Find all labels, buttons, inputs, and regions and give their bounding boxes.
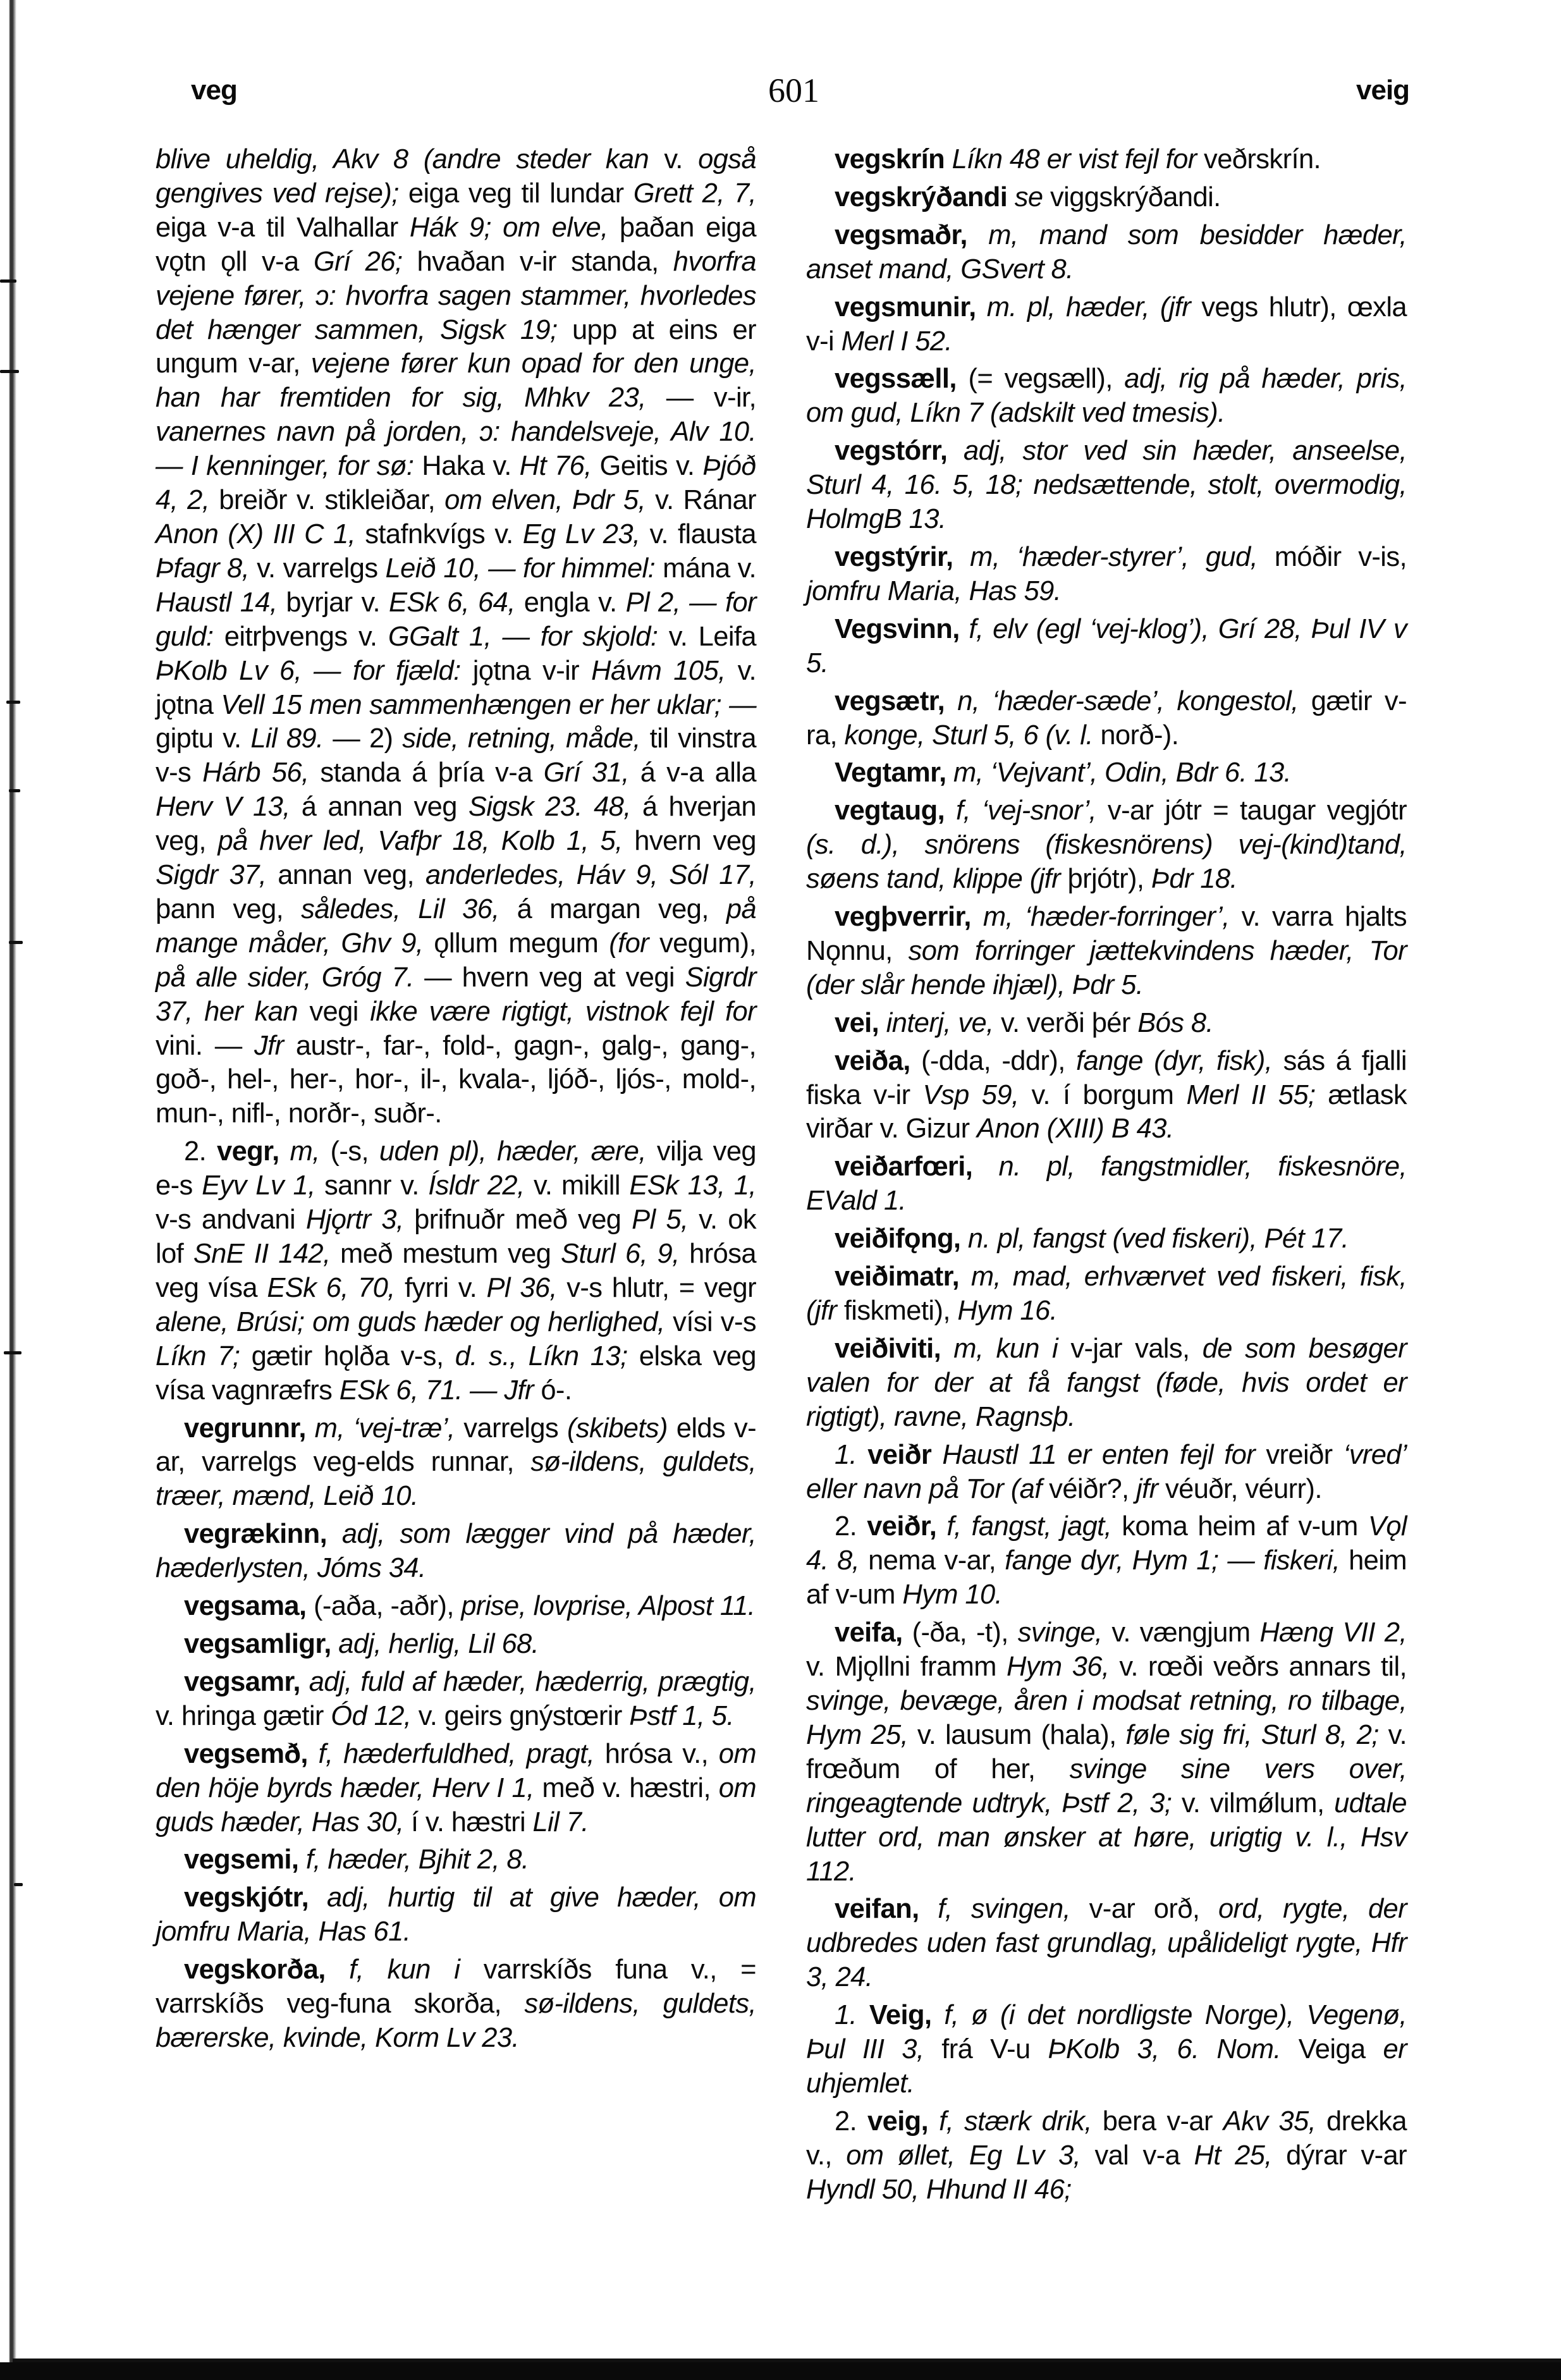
citation-text: byrjar v. bbox=[286, 587, 389, 618]
dictionary-entry: vegskorða, f, kun i varrskíðs funa v., =… bbox=[156, 1953, 756, 2056]
headword: vegsmaðr, bbox=[835, 220, 988, 250]
italic-gloss: Hæng VII 2, bbox=[1259, 1617, 1407, 1648]
dictionary-entry: vegrunnr, m, ‘vej-træ’, varrelgs (skibet… bbox=[156, 1412, 756, 1514]
italic-gloss: Sturl 6, 9, bbox=[561, 1239, 689, 1269]
citation-text: bera v-ar bbox=[1103, 2106, 1223, 2137]
dictionary-entry: veifan, f, svingen, v-ar orð, ord, rygte… bbox=[806, 1892, 1407, 1995]
citation-text: gætir hǫlða v-s, bbox=[252, 1341, 455, 1371]
italic-gloss: således, Lil 36, bbox=[301, 894, 517, 924]
italic-gloss: Vell 15 men sammenhængen er her uklar; — bbox=[221, 690, 756, 720]
italic-gloss: m, ‘hæder-styrer’, gud, bbox=[970, 542, 1275, 572]
headword: vei, bbox=[835, 1008, 886, 1038]
citation-text: eiga veg til lundar bbox=[408, 178, 634, 209]
dictionary-entry: vegsemi, f, hæder, Bjhit 2, 8. bbox=[156, 1843, 756, 1877]
citation-text: Geitis v. bbox=[599, 451, 702, 481]
citation-text: vreiðr bbox=[1266, 1440, 1343, 1470]
italic-gloss: om øllet, Eg Lv 3, bbox=[846, 2140, 1094, 2171]
dictionary-entry: vegsemð, f, hæderfuldhed, pragt, hrósa v… bbox=[156, 1738, 756, 1840]
italic-gloss: fange dyr, Hym 1; — fiskeri, bbox=[1005, 1545, 1349, 1576]
italic-gloss: m, ‘Vejvant’, Odin, Bdr 6. 13. bbox=[953, 758, 1291, 788]
italic-gloss: Ód 12, bbox=[331, 1701, 418, 1731]
citation-text: með mestum veg bbox=[340, 1239, 561, 1269]
italic-gloss: m, bbox=[290, 1136, 331, 1167]
scan-binding-edge bbox=[0, 0, 25, 2380]
citation-text: (= vegsæll), bbox=[968, 364, 1124, 394]
citation-text: breiðr v. stikleiðar, bbox=[219, 485, 444, 515]
italic-gloss: Þdr 18. bbox=[1151, 864, 1237, 894]
italic-gloss: Hym 10. bbox=[902, 1580, 1002, 1610]
scan-bottom-edge bbox=[0, 2362, 1561, 2380]
headword: veiðarfœri, bbox=[835, 1151, 998, 1182]
scan-mark bbox=[6, 701, 20, 704]
citation-text: v. verði þér bbox=[1001, 1008, 1137, 1038]
italic-gloss: 1. bbox=[835, 2000, 869, 2030]
citation-text: ǫllum megum bbox=[434, 928, 609, 959]
italic-gloss: ESk 13, 1, bbox=[629, 1170, 756, 1201]
italic-gloss: Hávm 105, bbox=[591, 656, 738, 686]
headword: Veig, bbox=[869, 2000, 944, 2030]
citation-text: sannr v. bbox=[324, 1170, 428, 1201]
dictionary-entry: vei, interj, ve, v. verði þér Bós 8. bbox=[806, 1007, 1407, 1041]
italic-gloss: f, hæder, Bjhit 2, 8. bbox=[306, 1844, 529, 1875]
citation-text: varrelgs bbox=[463, 1413, 567, 1444]
dictionary-entry: 2. veig, f, stærk drik, bera v-ar Akv 35… bbox=[806, 2105, 1407, 2207]
italic-gloss: svinge, bbox=[1018, 1617, 1112, 1648]
italic-gloss: konge, Sturl 5, 6 (v. l. bbox=[844, 720, 1100, 751]
italic-gloss: Lil 89. bbox=[250, 723, 333, 754]
citation-text: dýrar v-ar bbox=[1286, 2140, 1407, 2171]
dictionary-entry: vegsama, (-aða, -aðr), prise, lovprise, … bbox=[156, 1590, 756, 1624]
headword: veifan, bbox=[835, 1894, 938, 1924]
italic-gloss: jfr bbox=[1136, 1474, 1165, 1504]
scan-mark bbox=[4, 1351, 21, 1354]
headword: vegsamligr, bbox=[184, 1629, 338, 1659]
italic-gloss: n. pl, fangst (ved fiskeri), Pét 17. bbox=[968, 1224, 1349, 1254]
citation-text: þann veg, bbox=[156, 894, 301, 924]
headword: vegrunnr, bbox=[184, 1413, 315, 1444]
italic-gloss: Anon (XIII) B 43. bbox=[977, 1113, 1173, 1144]
italic-gloss: ÞKolb 3, 6. Nom. bbox=[1048, 2034, 1298, 2064]
citation-text: koma heim af v-um bbox=[1122, 1511, 1368, 1542]
citation-text: stafnkvígs v. bbox=[365, 519, 522, 549]
dictionary-entry: veiðarfœri, n. pl, fangstmidler, fiskesn… bbox=[806, 1150, 1407, 1218]
citation-text: jǫtna v-ir bbox=[473, 656, 591, 686]
italic-gloss: Jfr bbox=[254, 1031, 296, 1061]
italic-gloss: Ht 25, bbox=[1194, 2140, 1286, 2171]
italic-gloss: Pl 36, bbox=[486, 1273, 566, 1303]
citation-text: véiðr?, bbox=[1049, 1474, 1136, 1504]
italic-gloss: Líkn 48 er vist fejl for bbox=[952, 144, 1204, 175]
italic-gloss: ESk 6, 71. — Jfr bbox=[340, 1375, 541, 1406]
dictionary-entry: vegsamligr, adj, herlig, Lil 68. bbox=[156, 1628, 756, 1662]
citation-text: v. Leifa bbox=[669, 622, 756, 652]
citation-text: með v. hæstri, bbox=[542, 1773, 718, 1803]
italic-gloss: ESk 6, 64, bbox=[389, 587, 524, 618]
dictionary-entry: vegþverrir, m, ‘hæder-forringer’, v. var… bbox=[806, 900, 1407, 1003]
italic-gloss: Eg Lv 23, bbox=[523, 519, 650, 549]
citation-text: fiskmeti), bbox=[844, 1296, 958, 1326]
italic-gloss: blive uheldig, Akv 8 (andre steder kan bbox=[156, 144, 664, 175]
headword: vegsætr, bbox=[835, 686, 957, 716]
italic-gloss: Herv V 13, bbox=[156, 792, 302, 822]
dictionary-entry: 2. vegr, m, (-s, uden pl), hæder, ære, v… bbox=[156, 1135, 756, 1408]
dictionary-entry: Vegtamr, m, ‘Vejvant’, Odin, Bdr 6. 13. bbox=[806, 756, 1407, 790]
italic-gloss: SnE II 142, bbox=[193, 1239, 340, 1269]
italic-gloss: på hver led, Vafþr 18, Kolb 1, 5, bbox=[217, 826, 634, 856]
headword: veiðr bbox=[867, 1440, 942, 1470]
dictionary-entry: vegsætr, n, ‘hæder-sæde’, kongestol, gæt… bbox=[806, 685, 1407, 753]
italic-gloss: Hjǫrtr 3, bbox=[306, 1205, 414, 1235]
dictionary-entry: vegtaug, f, ‘vej-snor’, v-ar jótr = taug… bbox=[806, 794, 1407, 897]
italic-gloss: GGalt 1, — for skjold: bbox=[388, 622, 669, 652]
dictionary-entry: 2. veiðr, f, fangst, jagt, koma heim af … bbox=[806, 1510, 1407, 1612]
citation-text: giptu v. bbox=[156, 723, 250, 754]
citation-text: engla v. bbox=[524, 587, 626, 618]
citation-text: hrósa v., bbox=[605, 1739, 719, 1769]
citation-text: hvaðan v-ir standa, bbox=[417, 247, 673, 277]
dictionary-entry: vegstýrir, m, ‘hæder-styrer’, gud, móðir… bbox=[806, 541, 1407, 609]
headword: vegskorða, bbox=[184, 1954, 349, 1985]
headword: vegstórr, bbox=[835, 436, 964, 466]
italic-gloss: Haustl 11 er enten fejl for bbox=[942, 1440, 1266, 1470]
italic-gloss: Þstf 1, 5. bbox=[629, 1701, 734, 1731]
headword: veig, bbox=[867, 2106, 939, 2137]
headword: veiða, bbox=[835, 1046, 921, 1076]
citation-text: þrjótr), bbox=[1068, 864, 1151, 894]
headword: vegskrín bbox=[835, 144, 952, 175]
citation-text: í v. hæstri bbox=[411, 1807, 533, 1837]
italic-gloss: n, ‘hæder-sæde’, kongestol, bbox=[957, 686, 1311, 716]
citation-text: — 2) bbox=[333, 723, 402, 754]
citation-text: vegi bbox=[309, 997, 370, 1027]
italic-gloss: om elven, Þdr 5, bbox=[444, 485, 655, 515]
italic-gloss: 1. bbox=[835, 1440, 867, 1470]
citation-text: á v-a alla bbox=[640, 758, 756, 788]
italic-gloss: Þfagr 8, bbox=[156, 553, 257, 584]
italic-gloss: m, ‘hæder-forringer’, bbox=[983, 902, 1242, 932]
citation-text: v-s hlutr, = vegr bbox=[566, 1273, 756, 1303]
italic-gloss: adj, fuld af hæder, hæderrig, prægtig, bbox=[309, 1667, 756, 1697]
italic-gloss: adj, herlig, Lil 68. bbox=[338, 1629, 539, 1659]
citation-text: val v-a bbox=[1094, 2140, 1194, 2171]
headword: veiðr, bbox=[867, 1511, 946, 1542]
italic-gloss: prise, lovprise, Alpost 11. bbox=[461, 1591, 755, 1621]
citation-text: v. í borgum bbox=[1032, 1080, 1187, 1110]
dictionary-entry: vegsmaðr, m, mand som besidder hæder, an… bbox=[806, 219, 1407, 287]
citation-text: vini. — bbox=[156, 1031, 254, 1061]
italic-gloss: f, kun i bbox=[349, 1954, 484, 1985]
running-head-right: veig bbox=[1356, 75, 1409, 106]
italic-gloss: d. s., Líkn 13; bbox=[455, 1341, 639, 1371]
italic-gloss: Hym 36, bbox=[1007, 1652, 1119, 1682]
italic-gloss: Lil 7. bbox=[533, 1807, 589, 1837]
citation-text: standa á þría v-a bbox=[320, 758, 543, 788]
headword: Vegsvinn, bbox=[835, 614, 969, 644]
scan-mark bbox=[14, 1883, 23, 1886]
headword: Vegtamr, bbox=[835, 758, 953, 788]
italic-gloss: f, ‘vej-snor’, bbox=[956, 795, 1108, 826]
citation-text: v-ar orð, bbox=[1089, 1894, 1218, 1924]
italic-gloss: side, retning, måde, bbox=[402, 723, 649, 754]
citation-text: nema v-ar, bbox=[868, 1545, 1005, 1576]
dictionary-entry: veiða, (-dda, -ddr), fange (dyr, fisk), … bbox=[806, 1045, 1407, 1147]
column-right: vegskrín Líkn 48 er vist fejl for veðrsk… bbox=[806, 143, 1407, 2211]
citation-text: véuðr, véurr). bbox=[1165, 1474, 1322, 1504]
citation-text: v. rœði veðrs annars til, bbox=[1119, 1652, 1407, 1682]
dictionary-entry: vegstórr, adj, stor ved sin hæder, ansee… bbox=[806, 434, 1407, 537]
headword: vegsmunir, bbox=[835, 292, 987, 322]
italic-gloss: Bós 8. bbox=[1137, 1008, 1213, 1038]
dictionary-entry: veiðiviti, m, kun i v-jar vals, de som b… bbox=[806, 1332, 1407, 1435]
italic-gloss: på alle sider, Gróg 7. bbox=[156, 962, 424, 993]
headword: vegrækinn, bbox=[184, 1519, 342, 1549]
citation-text: — hvern veg at vegi bbox=[424, 962, 685, 993]
citation-text: fyrri v. bbox=[405, 1273, 486, 1303]
italic-gloss: Ht 76, bbox=[520, 451, 600, 481]
dictionary-entry: 1. veiðr Haustl 11 er enten fejl for vre… bbox=[806, 1438, 1407, 1507]
dictionary-entry: vegsamr, adj, fuld af hæder, hæderrig, p… bbox=[156, 1665, 756, 1734]
italic-gloss: m, ‘vej-træ’, bbox=[315, 1413, 464, 1444]
headword: vegskrýðandi bbox=[835, 182, 1015, 212]
citation-text: (-aða, -aðr), bbox=[314, 1591, 461, 1621]
italic-gloss: Líkn 7; bbox=[156, 1341, 252, 1371]
italic-gloss: Hym 16. bbox=[957, 1296, 1057, 1326]
italic-gloss: Ísldr 22, bbox=[428, 1170, 534, 1201]
headword: veiðimatr, bbox=[835, 1261, 971, 1292]
citation-text: v. Ránar bbox=[655, 485, 756, 515]
citation-text: mána v. bbox=[663, 553, 756, 584]
scan-mark bbox=[0, 279, 16, 283]
italic-gloss: alene, Brúsi; om guds hæder og herlighed… bbox=[156, 1307, 673, 1337]
citation-text: 2. bbox=[835, 2106, 867, 2137]
citation-text: v. lausum (hala), bbox=[917, 1720, 1126, 1750]
headword: veiðiviti, bbox=[835, 1334, 953, 1364]
scan-mark bbox=[9, 941, 23, 944]
citation-text: frá V-u bbox=[941, 2034, 1048, 2064]
citation-text: viggskrýðandi. bbox=[1050, 182, 1221, 212]
italic-gloss: Sigsk 23. 48, bbox=[468, 792, 642, 822]
citation-text: Haka v. bbox=[422, 451, 519, 481]
citation-text: v-ar jótr = taugar vegjótr bbox=[1108, 795, 1407, 826]
citation-text: norð-). bbox=[1100, 720, 1178, 751]
italic-gloss: f, stærk drik, bbox=[939, 2106, 1103, 2137]
citation-text: v. vilmǿlum, bbox=[1182, 1788, 1334, 1819]
citation-text: annan veg, bbox=[278, 860, 425, 890]
italic-gloss: (for bbox=[609, 928, 659, 959]
citation-text: v. flausta bbox=[650, 519, 756, 549]
scan-mark bbox=[0, 370, 19, 373]
scan-mark bbox=[9, 789, 20, 792]
italic-gloss: Grí 26; bbox=[314, 247, 417, 277]
headword: vegtaug, bbox=[835, 795, 956, 826]
headword: vegsemi, bbox=[184, 1844, 306, 1875]
italic-gloss: føle sig fri, Sturl 8, 2; bbox=[1125, 1720, 1388, 1750]
italic-gloss: fange (dyr, fisk), bbox=[1076, 1046, 1283, 1076]
citation-text: hvern veg bbox=[634, 826, 756, 856]
dictionary-entry: vegsmunir, m. pl, hæder, (jfr vegs hlutr… bbox=[806, 291, 1407, 359]
italic-gloss: Merl I 52. bbox=[842, 326, 952, 357]
italic-gloss: interj, ve, bbox=[886, 1008, 1001, 1038]
dictionary-entry: 1. Veig, f, ø (i det nordligste Norge), … bbox=[806, 1999, 1407, 2101]
headword: vegr, bbox=[217, 1136, 290, 1167]
citation-text: (-ða, -t), bbox=[912, 1617, 1018, 1648]
headword: vegsemð, bbox=[184, 1739, 319, 1769]
citation-text: 2. bbox=[184, 1136, 217, 1167]
italic-gloss: ESk 6, 70, bbox=[267, 1273, 405, 1303]
citation-text: 2. bbox=[835, 1511, 867, 1542]
italic-gloss: Grí 31, bbox=[544, 758, 640, 788]
citation-text: (-s, bbox=[331, 1136, 379, 1167]
column-left: blive uheldig, Akv 8 (andre steder kan v… bbox=[156, 143, 756, 2059]
italic-gloss: uden pl), hæder, ære, bbox=[379, 1136, 657, 1167]
italic-gloss: f, svingen, bbox=[938, 1894, 1089, 1924]
citation-text: v. Mjǫllni framm bbox=[806, 1652, 1007, 1682]
headword: vegsamr, bbox=[184, 1667, 309, 1697]
citation-text: (-dda, -ddr), bbox=[921, 1046, 1076, 1076]
citation-text: þrifnuðr með veg bbox=[414, 1205, 632, 1235]
italic-gloss: Pl 5, bbox=[632, 1205, 699, 1235]
italic-gloss: m, kun i bbox=[953, 1334, 1070, 1364]
citation-text: veðrskrín. bbox=[1204, 144, 1321, 175]
citation-text: Veiga bbox=[1299, 2034, 1383, 2064]
citation-text: v. geirs gnýstœrir bbox=[419, 1701, 629, 1731]
citation-text: móðir v-is, bbox=[1275, 542, 1407, 572]
dictionary-entry: vegrækinn, adj, som lægger vind på hæder… bbox=[156, 1518, 756, 1586]
italic-gloss: Anon (X) III C 1, bbox=[156, 519, 365, 549]
citation-text: v. mikill bbox=[534, 1170, 629, 1201]
italic-gloss: se bbox=[1015, 182, 1050, 212]
citation-text: v. bbox=[664, 144, 698, 175]
citation-text: eiga v-a til Valhallar bbox=[156, 212, 410, 243]
italic-gloss: anderledes, Háv 9, Sól 17, bbox=[425, 860, 756, 890]
headword: vegssæll, bbox=[835, 364, 968, 394]
italic-gloss: m. pl, hæder, (jfr bbox=[987, 292, 1202, 322]
headword: veifa, bbox=[835, 1617, 912, 1648]
dictionary-entry: vegskrín Líkn 48 er vist fejl for veðrsk… bbox=[806, 143, 1407, 177]
italic-gloss: f, hæderfuldhed, pragt, bbox=[319, 1739, 605, 1769]
italic-gloss: jomfru Maria, Has 59. bbox=[806, 576, 1061, 606]
italic-gloss: Grett 2, 7, bbox=[634, 178, 756, 209]
running-head-left: veg bbox=[191, 75, 237, 106]
dictionary-entry: vegskjótr, adj, hurtig til at give hæder… bbox=[156, 1881, 756, 1949]
page-number: 601 bbox=[768, 71, 819, 110]
italic-gloss: Hárb 56, bbox=[202, 758, 320, 788]
dictionary-entry: Vegsvinn, f, elv (egl ‘vej-klog’), Grí 2… bbox=[806, 613, 1407, 681]
italic-gloss: Eyv Lv 1, bbox=[202, 1170, 324, 1201]
headword: vegskjótr, bbox=[184, 1882, 327, 1913]
citation-text: á annan veg bbox=[302, 792, 468, 822]
citation-text: vísi v-s bbox=[673, 1307, 756, 1337]
dictionary-entry: veiðimatr, m, mad, erhværvet ved fiskeri… bbox=[806, 1260, 1407, 1328]
headword: vegþverrir, bbox=[835, 902, 983, 932]
headword: vegstýrir, bbox=[835, 542, 970, 572]
citation-text: v. varrelgs bbox=[257, 553, 385, 584]
dictionary-entry: vegssæll, (= vegsæll), adj, rig på hæder… bbox=[806, 362, 1407, 431]
italic-gloss: Sigdr 37, bbox=[156, 860, 278, 890]
citation-text: ó-. bbox=[541, 1375, 572, 1406]
italic-gloss: ikke være rigtigt, vistnok fejl for bbox=[370, 997, 756, 1027]
italic-gloss: Merl II 55; bbox=[1186, 1080, 1328, 1110]
citation-text: á margan veg, bbox=[517, 894, 726, 924]
italic-gloss: Haustl 14, bbox=[156, 587, 286, 618]
italic-gloss: ÞKolb Lv 6, — for fjæld: bbox=[156, 656, 473, 686]
dictionary-entry: veiðifǫng, n. pl, fangst (ved fiskeri), … bbox=[806, 1222, 1407, 1256]
italic-gloss: f, fangst, jagt, bbox=[946, 1511, 1122, 1542]
citation-text: vegum), bbox=[659, 928, 756, 959]
citation-text: — v-ir, bbox=[666, 383, 756, 413]
headword: vegsama, bbox=[184, 1591, 314, 1621]
citation-text: v. vængjum bbox=[1111, 1617, 1259, 1648]
dictionary-entry: vegskrýðandi se viggskrýðandi. bbox=[806, 181, 1407, 215]
italic-gloss: Leið 10, — for himmel: bbox=[386, 553, 663, 584]
entry-continuation: blive uheldig, Akv 8 (andre steder kan v… bbox=[156, 143, 756, 1131]
citation-text: v-s andvani bbox=[156, 1205, 306, 1235]
citation-text: v-jar vals, bbox=[1070, 1334, 1202, 1364]
citation-text: v. hringa gætir bbox=[156, 1701, 331, 1731]
dictionary-entry: veifa, (-ða, -t), svinge, v. vængjum Hæn… bbox=[806, 1616, 1407, 1889]
citation-text: eitrþvengs v. bbox=[224, 622, 388, 652]
italic-gloss: Hyndl 50, Hhund II 46; bbox=[806, 2175, 1072, 2205]
italic-gloss: (skibets) bbox=[567, 1413, 676, 1444]
italic-gloss: Hák 9; om elve, bbox=[410, 212, 620, 243]
italic-gloss: Akv 35, bbox=[1223, 2106, 1326, 2137]
italic-gloss: Vsp 59, bbox=[923, 1080, 1032, 1110]
headword: veiðifǫng, bbox=[835, 1224, 968, 1254]
